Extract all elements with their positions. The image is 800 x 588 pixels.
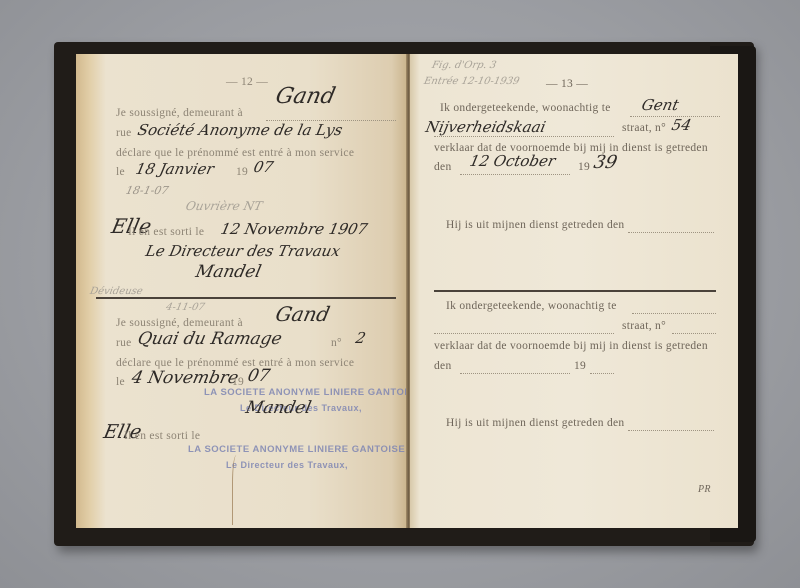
entry2-small-note: 4-11-07 [165, 302, 206, 313]
company-stamp-2-title: Le Directeur des Travaux, [226, 460, 348, 470]
dotted-line [590, 373, 614, 374]
company-stamp-1: LA SOCIETE ANONYME LINIERE GANTOISE [204, 387, 421, 398]
entry1-pencil-note: Ouvrière NT [185, 199, 264, 213]
entry1-year-prefix: 19 [578, 161, 590, 173]
entry1-exit-date-handwritten: 12 Novembre 1907 [219, 220, 369, 238]
entry1-declaration: déclare que le prénommé est entré à mon … [116, 147, 354, 159]
dotted-line [460, 174, 570, 175]
entry1-year-handwritten: 07 [252, 158, 275, 176]
entry2-exit-label: Il en est sorti le [124, 430, 200, 442]
entry1-date-label: le [116, 166, 125, 178]
entry2-number-handwritten: 2 [354, 329, 367, 347]
dotted-line [460, 373, 570, 374]
dotted-line [632, 313, 716, 314]
dotted-line [434, 333, 614, 334]
entry2-street-handwritten: Quai du Ramage [136, 329, 284, 349]
paper-crack [232, 455, 243, 525]
entry1-date-handwritten: 12 October [468, 152, 557, 170]
pencil-header-line1: Fig. d'Orp. 3 [431, 60, 497, 71]
entry1-year-prefix: 19 [236, 166, 248, 178]
entry2-exit-label: Hij is uit mijnen dienst getreden den [446, 417, 624, 429]
page-number: — 13 — [546, 78, 588, 90]
pencil-header-line2: Entrée 12-10-1939 [423, 76, 521, 87]
entry1-street-handwritten: Société Anonyme de la Lys [136, 121, 344, 139]
entry1-street-handwritten: Nijverheidskaai [424, 118, 547, 136]
dotted-line [434, 136, 614, 137]
entry2-street-label: rue [116, 337, 132, 349]
entry1-margin-note: 18-1-07 [125, 184, 170, 197]
entry1-number-handwritten: 54 [670, 116, 693, 134]
right-page: Fig. d'Orp. 3 Entrée 12-10-1939 — 13 — I… [410, 54, 738, 528]
dotted-line [672, 333, 716, 334]
entry2-number-label: n° [331, 337, 342, 349]
entry1-year-handwritten: 39 [592, 152, 619, 173]
margin-pencil-note: Dévideuse [89, 286, 144, 297]
page-number: — 12 — [226, 76, 268, 88]
entry2-year-prefix: 19 [574, 360, 586, 372]
entry1-line1-label: Je soussigné, demeurant à [116, 107, 243, 119]
entry1-exit-label: Il en est sorti le [128, 226, 204, 238]
city-handwritten: Gand [273, 84, 337, 109]
entry1-city-handwritten: Gent [640, 96, 680, 114]
entry1-street-label: straat, n° [622, 122, 666, 134]
entry2-line1-label: Je soussigné, demeurant à [116, 317, 243, 329]
entry2-date-handwritten: 4 Novembre [130, 368, 240, 388]
entry1-street-label: rue [116, 127, 132, 139]
entry2-declaration: verklaar dat de voornoemde bij mij in di… [434, 340, 708, 352]
entry2-date-label: le [116, 376, 125, 388]
entry1-line1-label: Ik ondergeteekende, woonachtig te [440, 102, 611, 114]
entry1-exit-label: Hij is uit mijnen dienst getreden den [446, 219, 624, 231]
entry1-signature-title: Le Directeur des Travaux [144, 242, 342, 260]
entry1-date-label: den [434, 161, 452, 173]
entry2-signature: Mandel [244, 398, 313, 418]
entry2-city-handwritten: Gand [273, 302, 332, 326]
section-divider [96, 297, 396, 299]
entry2-street-label: straat, n° [622, 320, 666, 332]
section-divider [434, 290, 716, 292]
entry2-line1-label: Ik ondergeteekende, woonachtig te [446, 300, 617, 312]
company-stamp-2: LA SOCIETE ANONYME LINIERE GANTOISE [188, 444, 405, 455]
dotted-line [628, 232, 714, 233]
entry1-signature: Mandel [194, 262, 263, 282]
entry2-date-label: den [434, 360, 452, 372]
entry1-date-handwritten: 18 Janvier [134, 160, 216, 178]
printer-mark: PR [698, 484, 711, 495]
entry2-year-handwritten: 07 [246, 366, 272, 386]
dotted-line [628, 430, 714, 431]
